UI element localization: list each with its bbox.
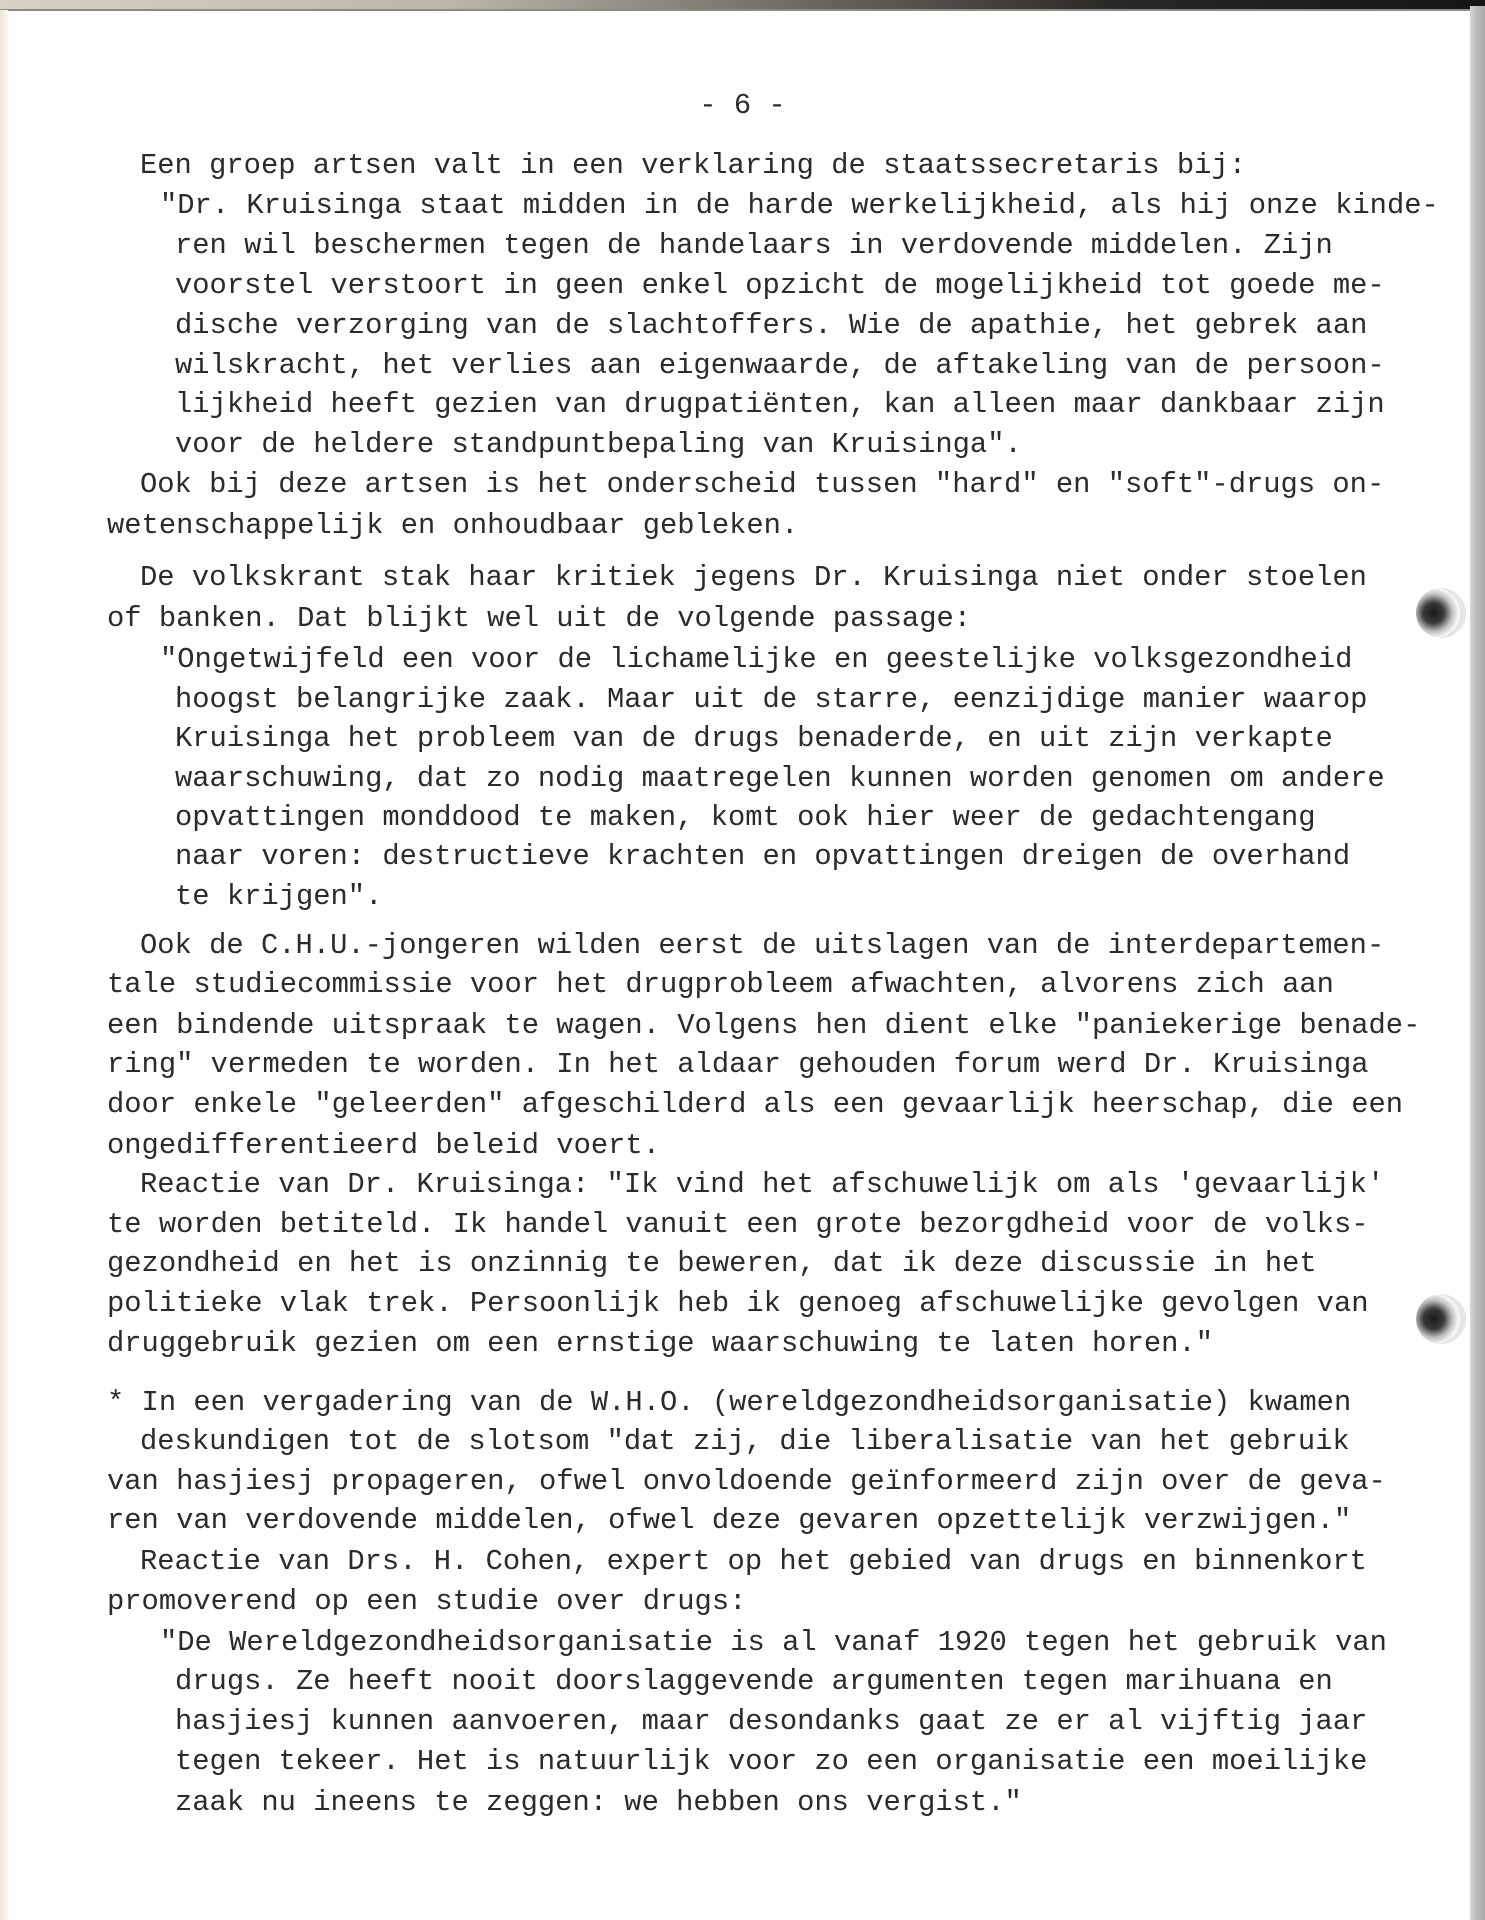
text-line: tegen tekeer. Het is natuurlijk voor zo … — [175, 1742, 1367, 1782]
text-line: van hasjiesj propageren, ofwel onvoldoen… — [107, 1462, 1386, 1502]
punch-hole-bottom — [1416, 1294, 1466, 1344]
text-line: Ook de C.H.U.-jongeren wilden eerst de u… — [140, 926, 1384, 966]
text-line: lijkheid heeft gezien van drugpatiënten,… — [175, 385, 1385, 425]
text-line: ring" vermeden te worden. In het aldaar … — [107, 1045, 1369, 1085]
text-line: "Dr. Kruisinga staat midden in de harde … — [160, 186, 1439, 226]
text-line: drugs. Ze heeft nooit doorslaggevende ar… — [175, 1662, 1333, 1702]
text-line: deskundigen tot de slotsom "dat zij, die… — [140, 1422, 1350, 1462]
text-line: Reactie van Dr. Kruisinga: "Ik vind het … — [140, 1165, 1384, 1205]
text-line: door enkele "geleerden" afgeschilderd al… — [107, 1085, 1403, 1125]
text-line: voor de heldere standpuntbepaling van Kr… — [175, 425, 1022, 465]
text-line: De volkskrant stak haar kritiek jegens D… — [140, 558, 1367, 598]
text-line: wilskracht, het verlies aan eigenwaarde,… — [175, 346, 1385, 386]
text-line: gezondheid en het is onzinnig te beweren… — [107, 1244, 1317, 1284]
text-line: te krijgen". — [175, 877, 382, 917]
text-line: of banken. Dat blijkt wel uit de volgend… — [107, 599, 971, 639]
text-line: te worden betiteld. Ik handel vanuit een… — [107, 1205, 1369, 1245]
text-line: ongedifferentieerd beleid voert. — [107, 1126, 660, 1166]
text-line: naar voren: destructieve krachten en opv… — [175, 837, 1350, 877]
text-line: zaak nu ineens te zeggen: we hebben ons … — [175, 1783, 1022, 1823]
text-line: tale studiecommissie voor het drugproble… — [107, 965, 1334, 1005]
text-line: Een groep artsen valt in een verklaring … — [140, 146, 1246, 186]
punch-hole-top — [1416, 588, 1466, 638]
text-line: voorstel verstoort in geen enkel opzicht… — [175, 266, 1385, 306]
text-line: wetenschappelijk en onhoudbaar gebleken. — [107, 506, 798, 546]
text-line: Reactie van Drs. H. Cohen, expert op het… — [140, 1542, 1367, 1582]
text-line: hoogst belangrijke zaak. Maar uit de sta… — [175, 680, 1367, 720]
text-line: ren wil beschermen tegen de handelaars i… — [175, 226, 1333, 266]
text-line: Ook bij deze artsen is het onderscheid t… — [140, 465, 1384, 505]
text-line: waarschuwing, dat zo nodig maatregelen k… — [175, 759, 1385, 799]
text-line: "De Wereldgezondheidsorganisatie is al v… — [160, 1623, 1387, 1663]
text-line: politieke vlak trek. Persoonlijk heb ik … — [107, 1284, 1369, 1324]
text-line: ren van verdovende middelen, ofwel deze … — [107, 1501, 1351, 1541]
text-line: "Ongetwijfeld een voor de lichamelijke e… — [160, 640, 1352, 680]
page-number: - 6 - — [0, 86, 1485, 126]
text-line: * In een vergadering van de W.H.O. (were… — [107, 1383, 1351, 1423]
text-line: druggebruik gezien om een ernstige waars… — [107, 1324, 1213, 1364]
text-line: een bindende uitspraak te wagen. Volgens… — [107, 1006, 1420, 1046]
page-top-edge — [0, 9, 1480, 11]
text-line: promoverend op een studie over drugs: — [107, 1582, 746, 1622]
text-line: Kruisinga het probleem van de drugs bena… — [175, 719, 1333, 759]
page-right-edge — [1470, 6, 1485, 1920]
text-line: hasjiesj kunnen aanvoeren, maar desondan… — [175, 1702, 1367, 1742]
text-line: dische verzorging van de slachtoffers. W… — [175, 306, 1367, 346]
page-left-edge — [0, 10, 8, 1920]
text-line: opvattingen monddood te maken, komt ook … — [175, 798, 1316, 838]
